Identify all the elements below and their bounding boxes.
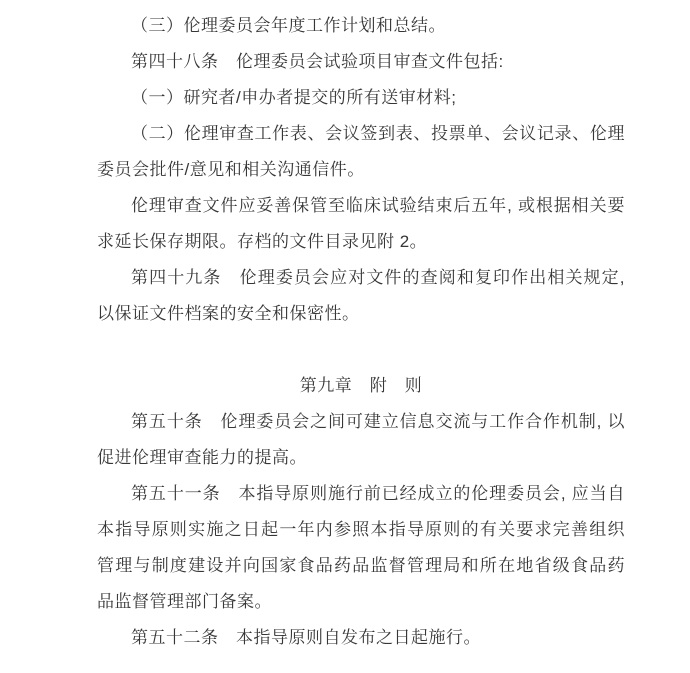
- document-line: 品监督管理部门备案。: [97, 584, 625, 620]
- paragraph: 伦理审查文件应妥善保管至临床试验结束后五年, 或根据相关要 求延长保存期限。存档…: [97, 188, 625, 260]
- document-line: 第四十九条 伦理委员会应对文件的查阅和复印作出相关规定,: [97, 260, 625, 296]
- paragraph: 第四十八条 伦理委员会试验项目审查文件包括:: [97, 44, 625, 80]
- document-line: 以保证文件档案的安全和保密性。: [97, 296, 625, 332]
- document-line: （二）伦理审查工作表、会议签到表、投票单、会议记录、伦理: [97, 116, 625, 152]
- document-page: （三）伦理委员会年度工作计划和总结。 第四十八条 伦理委员会试验项目审查文件包括…: [0, 0, 690, 673]
- document-line: 本指导原则实施之日起一年内参照本指导原则的有关要求完善组织: [97, 512, 625, 548]
- document-line: （一）研究者/申办者提交的所有送审材料;: [97, 80, 625, 116]
- document-line: 第五十条 伦理委员会之间可建立信息交流与工作合作机制, 以: [97, 404, 625, 440]
- paragraph: （二）伦理审查工作表、会议签到表、投票单、会议记录、伦理 委员会批件/意见和相关…: [97, 116, 625, 188]
- document-line: 管理与制度建设并向国家食品药品监督管理局和所在地省级食品药: [97, 548, 625, 584]
- paragraph: 第五十一条 本指导原则施行前已经成立的伦理委员会, 应当自 本指导原则实施之日起…: [97, 476, 625, 620]
- paragraph: 第五十二条 本指导原则自发布之日起施行。: [97, 620, 625, 656]
- document-line: 第五十二条 本指导原则自发布之日起施行。: [97, 620, 625, 656]
- paragraph: （三）伦理委员会年度工作计划和总结。: [97, 8, 625, 44]
- paragraph: 第五十条 伦理委员会之间可建立信息交流与工作合作机制, 以 促进伦理审查能力的提…: [97, 404, 625, 476]
- paragraph: 第四十九条 伦理委员会应对文件的查阅和复印作出相关规定, 以保证文件档案的安全和…: [97, 260, 625, 332]
- document-line: 伦理审查文件应妥善保管至临床试验结束后五年, 或根据相关要: [97, 188, 625, 224]
- document-line: 第四十八条 伦理委员会试验项目审查文件包括:: [97, 44, 625, 80]
- document-line: 第五十一条 本指导原则施行前已经成立的伦理委员会, 应当自: [97, 476, 625, 512]
- document-line: 委员会批件/意见和相关沟通信件。: [97, 152, 625, 188]
- document-line: 求延长保存期限。存档的文件目录见附 2。: [97, 224, 625, 260]
- paragraph: （一）研究者/申办者提交的所有送审材料;: [97, 80, 625, 116]
- document-line: （三）伦理委员会年度工作计划和总结。: [97, 8, 625, 44]
- document-line: 促进伦理审查能力的提高。: [97, 440, 625, 476]
- chapter-heading: 第九章 附 则: [97, 368, 625, 404]
